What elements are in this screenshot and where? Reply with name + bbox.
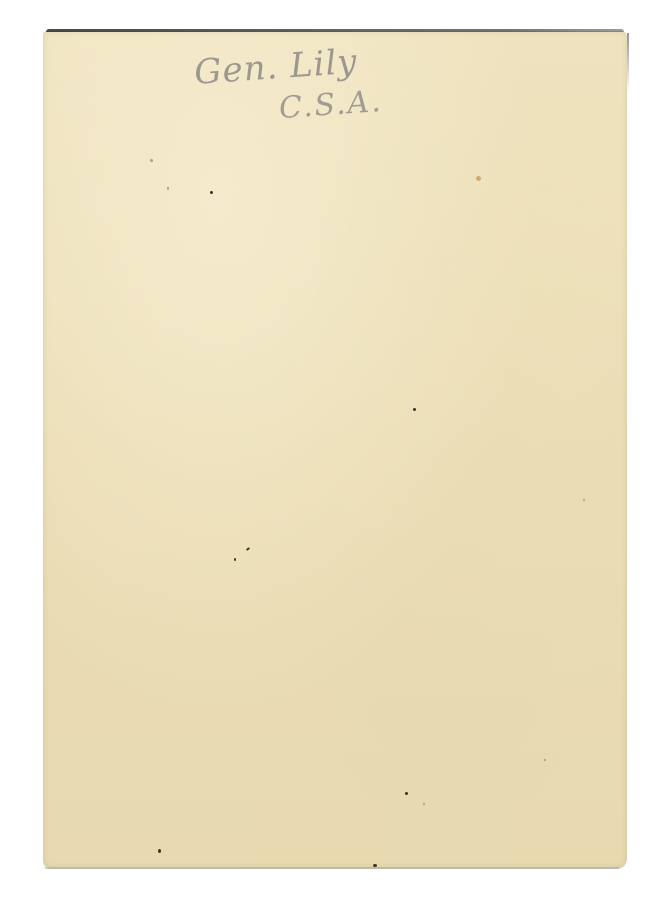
card-top-edge [46, 29, 624, 32]
antique-card-back: Gen. Lily C.S.A. [43, 31, 627, 868]
card-right-edge [627, 33, 629, 93]
speck [476, 176, 481, 181]
speck [246, 547, 250, 551]
speck [583, 499, 585, 501]
card-bottom-edge [45, 867, 619, 869]
speck [413, 408, 416, 411]
speck [405, 792, 408, 795]
speck [167, 187, 169, 190]
inscription-affiliation: C.S.A. [278, 84, 384, 126]
speck [150, 159, 153, 162]
speck [234, 558, 236, 561]
speck [544, 759, 546, 761]
speck [373, 864, 377, 867]
speck [158, 849, 161, 853]
speck [210, 191, 213, 194]
speck [423, 803, 425, 805]
pencil-inscription: Gen. Lily C.S.A. [193, 40, 384, 132]
